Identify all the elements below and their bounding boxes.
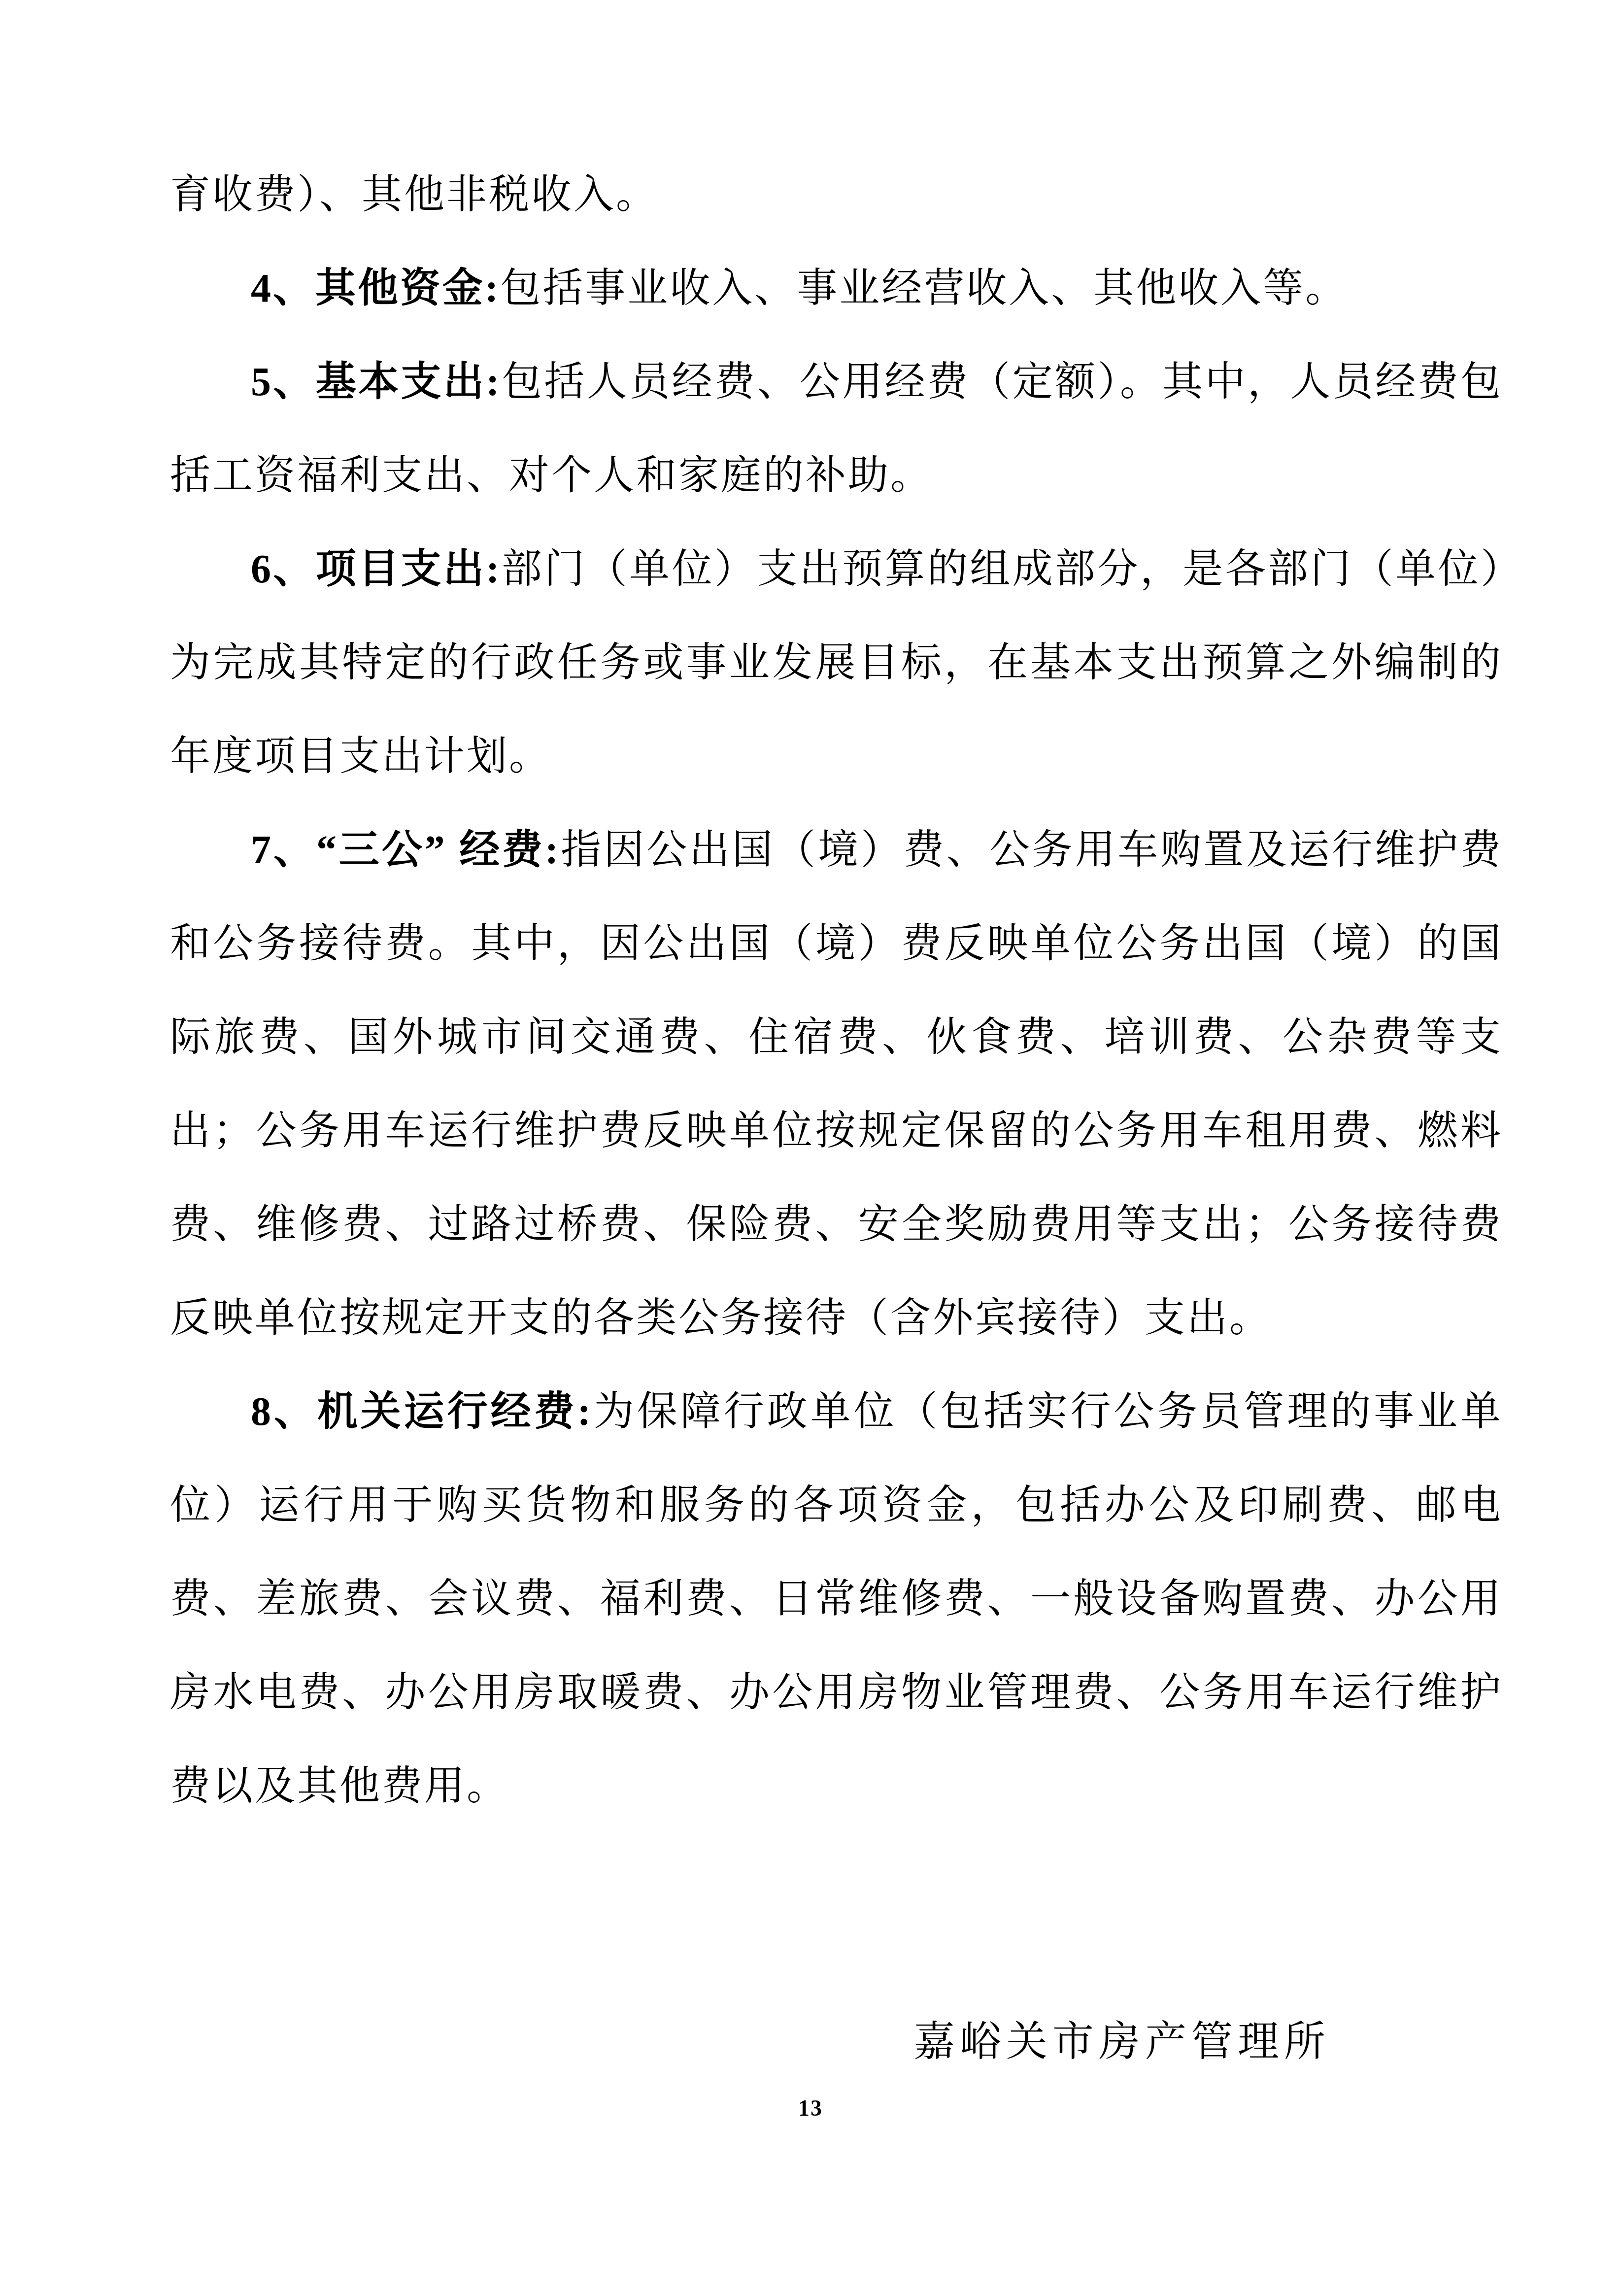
para-label: 4、其他资金: bbox=[251, 266, 500, 310]
para-label: 6、项目支出: bbox=[251, 546, 502, 591]
paragraph-continuation: 育收费）、其他非税收入。 bbox=[170, 148, 1503, 241]
page-number: 13 bbox=[0, 2095, 1621, 2121]
paragraph-text: 育收费）、其他非税收入。 bbox=[170, 172, 658, 217]
signature-org-name: 嘉峪关市房产管理所 bbox=[170, 1995, 1503, 2089]
para-other-funds: 4、其他资金:包括事业收入、事业经营收入、其他收入等。 bbox=[170, 241, 1503, 335]
para-label: 5、基本支出: bbox=[251, 359, 502, 404]
document-page: 育收费）、其他非税收入。 4、其他资金:包括事业收入、事业经营收入、其他收入等。… bbox=[0, 0, 1621, 2296]
para-label: 8、机关运行经费: bbox=[251, 1389, 593, 1434]
para-project-expenditure: 6、项目支出:部门（单位）支出预算的组成部分，是各部门（单位）为完成其特定的行政… bbox=[170, 522, 1503, 803]
para-label: 7、“三公” 经费: bbox=[251, 827, 560, 872]
paragraph-text: 包括事业收入、事业经营收入、其他收入等。 bbox=[500, 266, 1348, 310]
para-three-public-funds: 7、“三公” 经费:指因公出国（境）费、公务用车购置及运行维护费和公务接待费。其… bbox=[170, 803, 1503, 1365]
paragraph-text: 为保障行政单位（包括实行公务员管理的事业单位）运行用于购买货物和服务的各项资金，… bbox=[170, 1389, 1503, 1808]
document-body: 育收费）、其他非税收入。 4、其他资金:包括事业收入、事业经营收入、其他收入等。… bbox=[0, 0, 1621, 2089]
para-basic-expenditure: 5、基本支出:包括人员经费、公用经费（定额）。其中，人员经费包括工资福利支出、对… bbox=[170, 335, 1503, 522]
para-agency-operating-funds: 8、机关运行经费:为保障行政单位（包括实行公务员管理的事业单位）运行用于购买货物… bbox=[170, 1365, 1503, 1833]
paragraph-text: 指因公出国（境）费、公务用车购置及运行维护费和公务接待费。其中，因公出国（境）费… bbox=[170, 827, 1503, 1340]
